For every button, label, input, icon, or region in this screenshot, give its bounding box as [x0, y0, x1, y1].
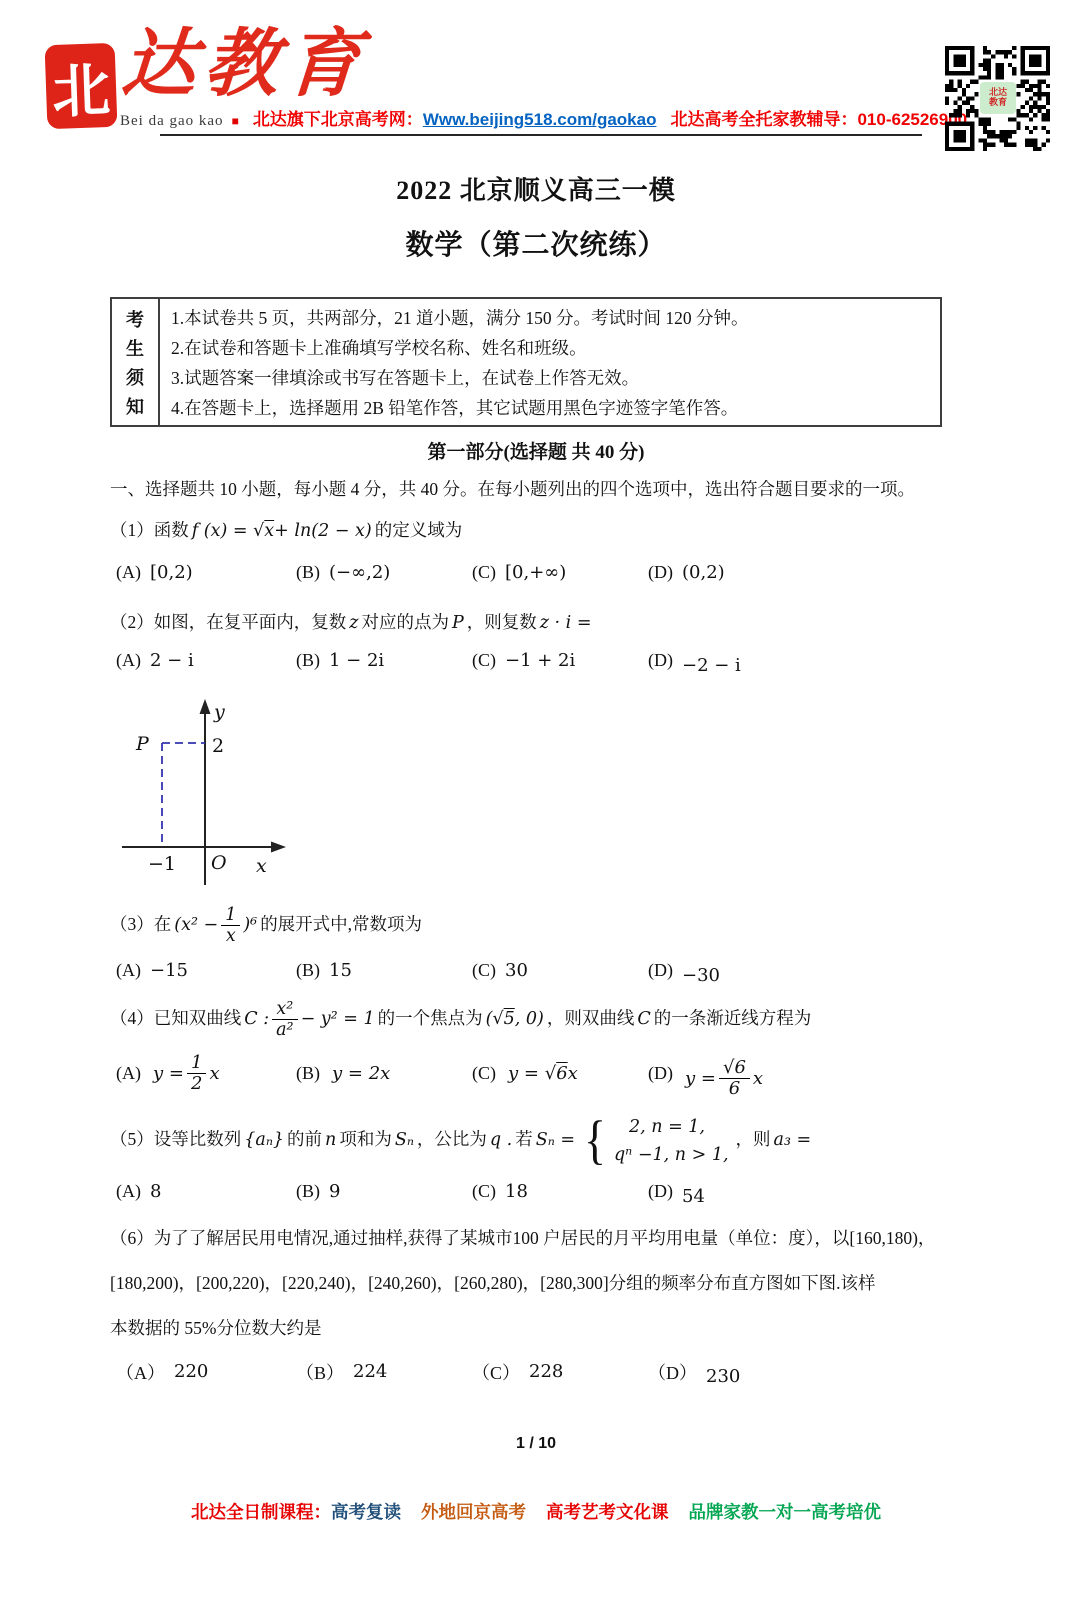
y-axis-label: y [213, 701, 225, 723]
fraction-numerator: 1 [221, 905, 240, 926]
fraction-numerator: 1 [187, 1053, 206, 1075]
q1-math: + ln(2 − x) [274, 521, 372, 541]
fraction-numerator: √6 [719, 1058, 750, 1080]
option-label: （D） [648, 1359, 697, 1385]
header-rule [160, 134, 922, 136]
q3-math: (x² − [174, 915, 218, 935]
option-value: 2 − i [150, 650, 194, 671]
fraction-denominator: 2 [187, 1074, 206, 1095]
q5-text: 若 [515, 1129, 533, 1149]
red-square-bullet: ■ [232, 114, 239, 129]
section-title: 第一部分(选择题 共 40 分) [110, 437, 962, 464]
option-value: 15 [329, 960, 352, 981]
option-value: 1 − 2i [329, 650, 384, 671]
page-number: 1 / 10 [110, 1435, 962, 1453]
option-label: （A） [116, 1359, 165, 1385]
question-3-options: (A)−15 (B)15 (C)30 (D)−30 [110, 960, 962, 981]
q3-text: （3）在 [110, 914, 171, 934]
question-3-stem: （3）在(x² −1x)⁶的展开式中,常数项为 [110, 905, 962, 946]
option-value: 224 [353, 1361, 387, 1382]
point-p-label: P [135, 733, 150, 755]
option-value: 18 [505, 1181, 528, 1202]
option-math: x [753, 1068, 763, 1089]
option-math: x [209, 1063, 219, 1084]
qr-code: 北达 教育 [945, 46, 1050, 151]
q5-math: Sₙ = [536, 1130, 575, 1150]
header-info-line: Bei da gao kao ■ 北达旗下北京高考网： Www.beijing5… [120, 105, 967, 130]
q2-math: P [452, 613, 464, 633]
x-axis-label: x [256, 855, 267, 877]
option-label: (B) [296, 1063, 320, 1084]
tutor-label: 北达高考全托家教辅导： [670, 105, 857, 130]
q4-text: 的一条渐近线方程为 [654, 1008, 812, 1028]
q4-math: C : [244, 1009, 269, 1029]
q5-text: ，公比为 [417, 1129, 487, 1149]
option-label: (C) [472, 960, 496, 981]
x-axis-arrow [271, 842, 286, 853]
question-6-options: （A）220 （B）224 （C）228 （D）230 [110, 1359, 962, 1385]
header: 北 达教育 Bei da gao kao ■ 北达旗下北京高考网： Www.be… [0, 0, 1087, 162]
q6-line-3: 本数据的 55%分位数大约是 [110, 1306, 962, 1351]
q4-text: 的一个焦点为 [378, 1008, 483, 1028]
fraction-numerator: x² [272, 999, 297, 1020]
option-label: (A) [116, 650, 141, 671]
option-label: (D) [648, 650, 673, 671]
notice-label-char: 须 [126, 364, 144, 390]
option-value: [0,2) [150, 562, 193, 583]
option-label: (B) [296, 562, 320, 583]
q4-text: ，则双曲线 [547, 1008, 635, 1028]
q5-text: （5）设等比数列 [110, 1129, 241, 1149]
footer-segment: 外地回京高考 [421, 1502, 526, 1522]
option-value: 30 [505, 960, 528, 981]
question-4-stem: （4）已知双曲线C :x²a²− y² = 1的一个焦点为(√5, 0)，则双曲… [110, 999, 962, 1040]
q5-math: q . [490, 1130, 512, 1150]
q1-math: f (x) = [192, 521, 248, 541]
q3-text: 的展开式中,常数项为 [260, 914, 422, 934]
footer-segment: 高考复读 [331, 1502, 401, 1522]
option-label: (B) [296, 650, 320, 671]
question-5-stem: （5）设等比数列{aₙ}的前n项和为Sₙ，公比为q .若Sₙ ={2, n = … [110, 1113, 962, 1169]
question-4-options: (A)y =12x (B)y = 2x (C)y = √6x (D)y =√66… [110, 1053, 962, 1095]
option-value: 54 [682, 1186, 705, 1207]
radicand: 6 [556, 1063, 567, 1084]
option-math: y = [153, 1063, 184, 1084]
q1-text: 的定义域为 [375, 520, 463, 540]
radicand: x [264, 521, 274, 541]
option-label: (C) [472, 1181, 496, 1202]
exam-page: 北 达教育 Bei da gao kao ■ 北达旗下北京高考网： Www.be… [0, 0, 1087, 1606]
footer-segment: 品牌家教一对一高考培优 [689, 1502, 882, 1522]
q4-math: , 0) [515, 1009, 544, 1029]
notice-label-char: 考 [126, 306, 144, 332]
option-label: (D) [648, 1063, 673, 1084]
option-label: (A) [116, 1181, 141, 1202]
option-label: (D) [648, 562, 673, 583]
q6-line-1: （6）为了了解居民用电情况,通过抽样,获得了某城市100 户居民的月平均用电量（… [110, 1216, 962, 1261]
seal-character: 北 [51, 43, 112, 129]
page-subtitle: 数学（第二次统练） [110, 223, 962, 263]
option-value: −30 [682, 965, 720, 986]
radical-sign: √ [545, 1063, 556, 1084]
question-2-stem: （2）如图，在复平面内，复数z对应的点为P，则复数z · i = [110, 609, 962, 634]
y-axis-arrow [200, 699, 211, 714]
option-math: y = [685, 1068, 716, 1089]
radical-sign: √ [253, 521, 264, 541]
notice-item: 2.在试卷和答题卡上准确填写学校名称、姓名和班级。 [171, 335, 940, 360]
q2-text: （2）如图，在复平面内，复数 [110, 612, 346, 632]
notice-items: 1.本试卷共 5 页，共两部分，21 道小题，满分 150 分。考试时间 120… [160, 299, 940, 425]
option-value: −2 − i [682, 655, 741, 676]
site-label: 北达旗下北京高考网： [253, 105, 423, 130]
q4-math: − y² = 1 [301, 1009, 375, 1029]
notice-label-char: 生 [126, 335, 144, 361]
footer-course-line: 北达全日制课程：高考复读外地回京高考高考艺考文化课品牌家教一对一高考培优 [110, 1499, 962, 1524]
q6-line-2: [180,200)，[200,220)，[220,240)，[240,260)，… [110, 1261, 962, 1306]
option-value: (−∞,2) [329, 562, 390, 583]
notice-item: 3.试题答案一律填涂或书写在答题卡上，在试卷上作答无效。 [171, 365, 940, 390]
option-label: (D) [648, 960, 673, 981]
option-value: −15 [150, 960, 188, 981]
page-title: 2022 北京顺义高三一模 [110, 170, 962, 207]
q4-text: （4）已知双曲线 [110, 1008, 241, 1028]
q2-text: ，则复数 [467, 612, 537, 632]
question-1-options: (A)[0,2) (B)(−∞,2) (C)[0,+∞) (D)(0,2) [110, 562, 962, 583]
fraction-denominator: x [221, 926, 240, 946]
q5-math: a₃ = [774, 1130, 812, 1150]
footer-segment: 北达全日制课程： [191, 1502, 331, 1522]
qr-badge-text-2: 教育 [989, 98, 1007, 108]
question-6-stem: （6）为了了解居民用电情况,通过抽样,获得了某城市100 户居民的月平均用电量（… [110, 1216, 962, 1351]
radical-sign: √ [492, 1009, 503, 1029]
option-label: （B） [296, 1359, 344, 1385]
beida-seal-logo: 北 [45, 43, 118, 129]
case-row-1: 2, n = 1, [614, 1113, 729, 1141]
notice-label-column: 考 生 须 知 [112, 299, 160, 425]
q5-math: {aₙ} [244, 1130, 284, 1150]
option-label: (C) [472, 1063, 496, 1084]
qr-center-badge: 北达 教育 [980, 82, 1016, 114]
q3-math: )⁶ [243, 915, 257, 935]
fraction-denominator: a² [272, 1020, 297, 1040]
notice-label-char: 知 [126, 393, 144, 419]
option-value: 230 [706, 1366, 740, 1387]
q5-text: ，则 [736, 1129, 771, 1149]
option-value: [0,+∞) [505, 562, 566, 583]
question-2-options: (A)2 − i (B)1 − 2i (C)−1 + 2i (D)−2 − i [110, 650, 962, 671]
origin-label: O [211, 852, 227, 874]
option-label: (C) [472, 650, 496, 671]
option-label: (B) [296, 1181, 320, 1202]
option-value: 228 [529, 1361, 563, 1382]
option-math: y = [508, 1063, 539, 1084]
radicand: 5 [504, 1009, 515, 1029]
option-label: (B) [296, 960, 320, 981]
option-label: (D) [648, 1181, 673, 1202]
beida-logo-text: 达教育 [119, 28, 370, 102]
footer-segment: 高考艺考文化课 [546, 1502, 669, 1522]
case-brace: { [584, 1118, 606, 1164]
option-value: 9 [329, 1181, 340, 1202]
notice-item: 4.在答题卡上，选择题用 2B 铅笔作答，其它试题用黑色字迹签字笔作答。 [171, 395, 940, 420]
question-1-stem: （1）函数f (x) = √x+ ln(2 − x)的定义域为 [110, 517, 962, 542]
option-label: （C） [472, 1359, 520, 1385]
option-value: y = 2x [332, 1063, 390, 1084]
q2-text: 对应的点为 [361, 612, 449, 632]
q1-text: （1）函数 [110, 520, 189, 540]
q2-math: z · i = [540, 613, 592, 633]
section-intro: 一、选择题共 10 小题，每小题 4 分，共 40 分。在每小题列出的四个选项中… [110, 476, 962, 501]
option-value: −1 + 2i [505, 650, 575, 671]
q2-math: z [349, 613, 358, 633]
option-label: (A) [116, 562, 141, 583]
q4-math: C [637, 1009, 650, 1029]
option-value: 220 [174, 1361, 208, 1382]
fraction-denominator: 6 [719, 1079, 750, 1100]
question-5-options: (A)8 (B)9 (C)18 (D)54 [110, 1181, 962, 1202]
option-math: x [568, 1063, 578, 1084]
q5-text: 的前 [287, 1129, 322, 1149]
site-url-link[interactable]: Www.beijing518.com/gaokao [423, 110, 657, 130]
complex-plane-figure: P y 2 −1 O x [110, 695, 350, 887]
logo-pinyin: Bei da gao kao [120, 113, 224, 130]
case-row-2: qⁿ −1, n > 1, [614, 1141, 729, 1169]
option-value: (0,2) [682, 562, 725, 583]
q5-text: 项和为 [339, 1129, 392, 1149]
tick-label-2: 2 [212, 735, 224, 757]
tick-label-neg1: −1 [148, 853, 176, 875]
piecewise-cases: {2, n = 1,qⁿ −1, n > 1, [582, 1113, 731, 1169]
option-value: 8 [150, 1181, 161, 1202]
notice-item: 1.本试卷共 5 页，共两部分，21 道小题，满分 150 分。考试时间 120… [171, 305, 940, 330]
option-label: (A) [116, 960, 141, 981]
option-label: (C) [472, 562, 496, 583]
option-label: (A) [116, 1063, 141, 1084]
q5-math: n [325, 1130, 336, 1150]
q5-math: Sₙ [395, 1130, 414, 1150]
candidate-notice-table: 考 生 须 知 1.本试卷共 5 页，共两部分，21 道小题，满分 150 分。… [110, 297, 942, 427]
